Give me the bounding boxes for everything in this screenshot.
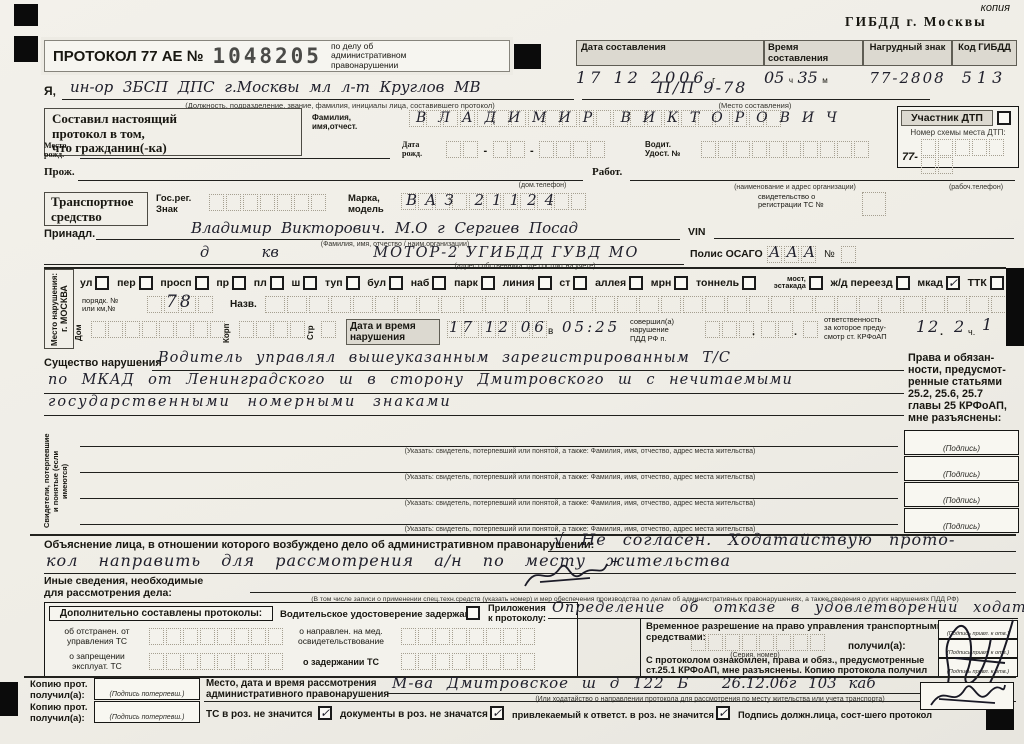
ban-label: о запрещенииэксплуат. ТС xyxy=(50,652,144,671)
essence-value1: Водитель управлял вышеуказанным зарегист… xyxy=(158,350,731,366)
officer-value: ин-ор 3БСП ДПС г.Москвы мл л-т Круглов М… xyxy=(70,78,481,96)
compose-code-label: Код ГИБДД xyxy=(952,40,1017,66)
street-type-checkbox xyxy=(674,276,688,290)
detain-label: о задержании ТС xyxy=(286,657,396,667)
check-ts-label: ТС в роз. не значится xyxy=(206,709,312,720)
street-type-item: мкад✓ xyxy=(917,276,960,290)
signature-box: (Подпись) xyxy=(904,430,1019,455)
copy-signature-box: (Подпись потерпевш.) xyxy=(94,701,200,723)
license-cells xyxy=(700,141,870,159)
officer-prefix: Я, xyxy=(44,84,56,98)
pdd-cells xyxy=(802,321,819,339)
cert-label: свидетельство орегистрации ТС № xyxy=(758,193,858,210)
dotted-cell xyxy=(529,296,549,313)
protocol-case-label: по делу об административном правонарушен… xyxy=(331,42,439,71)
dotted-cell xyxy=(493,141,508,158)
part-value: 1 xyxy=(982,315,992,334)
residence-label: Прож. xyxy=(44,166,75,178)
check-docs-checkbox: ✓ xyxy=(490,706,504,720)
dtp-title: Участник ДТП xyxy=(901,110,993,126)
dotted-cell xyxy=(815,296,835,313)
signature-caption: (Подпись потерпевш.) xyxy=(95,691,199,698)
review-value: М-ва Дмитровское ш д 122 Б xyxy=(392,674,689,692)
dotted-cell xyxy=(91,321,106,338)
dotted-cell xyxy=(761,321,776,338)
dotted-cell xyxy=(452,653,467,670)
street-type-label: мрн xyxy=(651,277,672,289)
street-type-item: пл xyxy=(254,276,284,290)
part-label: ч. xyxy=(968,327,975,337)
street-type-label: тоннель xyxy=(696,277,739,289)
corp-cells xyxy=(238,321,306,339)
street-type-checkbox xyxy=(95,276,109,290)
registration-bar xyxy=(1006,268,1024,346)
dotted-cell xyxy=(617,296,637,313)
house-label: Дом xyxy=(74,321,83,345)
med-label: о направлен. на мед.освидетельствование xyxy=(286,627,396,646)
street-type-item: ул xyxy=(80,276,109,290)
essence-line1: Водитель управлял вышеуказанным зарегист… xyxy=(152,349,904,371)
review-place-label: Место, дата и время рассмотренияадминист… xyxy=(206,679,389,701)
str-cells xyxy=(320,321,337,339)
compose-code-field: 513 xyxy=(952,68,1017,88)
dotted-cell xyxy=(921,139,936,156)
street-num-label: порядк. №или км,№ xyxy=(82,297,118,314)
witness-line xyxy=(80,510,898,525)
dotted-cell xyxy=(503,628,518,645)
copy-received-label: Копию прот.получил(а): xyxy=(30,703,88,724)
street-type-checkbox xyxy=(195,276,209,290)
street-type-item: тоннель xyxy=(696,276,756,290)
dotted-cell xyxy=(725,634,740,651)
dotted-cell xyxy=(903,296,923,313)
registration-mark xyxy=(514,44,541,69)
fio-value: ВЛАДИМИР ВИКТОРОВИЧ xyxy=(416,110,849,126)
witness-line xyxy=(80,484,898,499)
dotted-cell xyxy=(701,141,716,158)
dotted-cell xyxy=(573,141,588,158)
dotted-cell xyxy=(881,296,901,313)
dotted-cell xyxy=(198,296,213,313)
witness-caption: (Указать: свидетель, потерпевший или пон… xyxy=(260,474,900,481)
street-type-label: мкад xyxy=(917,277,943,289)
dotted-cell xyxy=(691,634,706,651)
street-type-item: пр xyxy=(216,276,246,290)
street-type-item: бул xyxy=(367,276,403,290)
birth-date-cells xyxy=(492,141,526,158)
street-type-label: ш xyxy=(292,277,301,289)
text-line: рожд. xyxy=(402,150,422,159)
final-signature-label: Подпись должн.лица, сост-шего протокол xyxy=(738,710,932,720)
dotted-cell xyxy=(183,653,198,670)
dotted-cell xyxy=(837,141,852,158)
street-type-item: мрн xyxy=(651,276,689,290)
osago-no-cells xyxy=(840,246,857,264)
dotted-cell xyxy=(595,296,615,313)
additional-title: Дополнительно составлены протоколы: xyxy=(49,606,273,621)
dotted-cell xyxy=(820,141,835,158)
essence-value3: государственными номерными знаками xyxy=(48,394,452,410)
dotted-cell xyxy=(841,246,856,263)
signature-box: (Подпись) xyxy=(904,456,1019,481)
street-num-value: 78 xyxy=(166,292,194,312)
birth-date-dash: - xyxy=(483,145,487,157)
street-type-item: просп xyxy=(160,276,208,290)
registration-mark xyxy=(0,682,18,716)
text-line: протокол в том, xyxy=(52,127,294,142)
dotted-cell xyxy=(294,194,309,211)
street-type-checkbox xyxy=(481,276,495,290)
dotted-cell xyxy=(972,139,987,156)
birth-date-dash: - xyxy=(530,145,534,157)
place-caption: (Место составления) xyxy=(640,101,870,110)
street-type-item: аллея xyxy=(595,276,643,290)
model-label: Марка,модель xyxy=(348,194,384,215)
dotted-cell xyxy=(469,628,484,645)
birth-place-label: Месторожд. xyxy=(44,142,66,160)
vin-label: VIN xyxy=(688,226,706,238)
dotted-cell xyxy=(803,141,818,158)
license-seized-label: Водительское удостоверение задержано xyxy=(280,609,476,620)
other-info-label: Иные сведения, необходимыедля рассмотрен… xyxy=(44,576,203,600)
street-type-item: линия xyxy=(503,276,552,290)
dotted-cell xyxy=(837,296,857,313)
dotted-cell xyxy=(463,141,478,158)
text-line: для рассмотрения дела: xyxy=(44,588,203,600)
divider xyxy=(204,701,1016,702)
street-type-item: ж/д переезд xyxy=(831,276,910,290)
removal-cells xyxy=(148,628,284,646)
dotted-cell xyxy=(810,634,825,651)
text-line: ПДД РФ п. xyxy=(630,335,702,343)
license-seized-checkbox xyxy=(466,606,480,620)
text-line: Приложения xyxy=(488,603,546,613)
dotted-cell xyxy=(486,653,501,670)
text-line: главы 25 КРФоАП, xyxy=(908,400,1016,412)
compose-date-label: Дата составления xyxy=(576,40,764,66)
dotted-cell xyxy=(217,653,232,670)
street-type-checkbox xyxy=(139,276,153,290)
review-line: М-ва Дмитровское ш д 122 Б 26.12.06г 103… xyxy=(388,674,942,694)
article-value: 12 xyxy=(916,317,940,336)
dotted-cell xyxy=(441,296,461,313)
final-signature-box xyxy=(920,682,1014,710)
dotted-cell xyxy=(243,194,258,211)
street-type-label: ТТК xyxy=(968,277,987,289)
dotted-cell xyxy=(771,296,791,313)
registration-mark xyxy=(14,36,38,62)
street-type-item: ст xyxy=(559,276,587,290)
copy-received-label: Копию прот.получил(а): xyxy=(30,680,88,701)
work-caption: (наименование и адрес организации) xyxy=(690,184,900,191)
osago-no: № xyxy=(824,249,835,260)
text-line: Дата и время xyxy=(350,321,436,332)
dotted-cell xyxy=(268,628,283,645)
dotted-cell xyxy=(268,653,283,670)
scanned-protocol-form: копия ГИБДД г. Москвы ПРОТОКОЛ 77 АЕ № 1… xyxy=(0,0,1024,744)
dotted-cell xyxy=(683,296,703,313)
witnesses-side-line2: и понятые (если имеются) xyxy=(51,432,69,530)
dotted-cell xyxy=(353,296,373,313)
dotted-cell xyxy=(947,296,967,313)
detain-cells xyxy=(400,653,536,671)
street-type-row: улперпросппрплштупбулнабпарклиниясталлея… xyxy=(80,271,1004,295)
registration-mark xyxy=(14,4,38,26)
dotted-cell xyxy=(321,321,336,338)
street-type-checkbox xyxy=(346,276,360,290)
dotted-cell xyxy=(166,653,181,670)
osago-value: ААА xyxy=(769,243,821,261)
dotted-cell xyxy=(510,141,525,158)
dotted-cell xyxy=(446,141,461,158)
text-line: смотр ст. КРФоАП xyxy=(824,333,916,341)
street-type-label: ст xyxy=(559,277,570,289)
dotted-cell xyxy=(989,139,1004,156)
text-line: или км,№ xyxy=(82,305,118,313)
dotted-cell xyxy=(742,634,757,651)
dotted-cell xyxy=(803,321,818,338)
text-line: Транспортное xyxy=(51,195,141,210)
residence-phone-caption: (дом.телефон) xyxy=(500,182,585,189)
dotted-cell xyxy=(256,321,271,338)
dotted-cell xyxy=(183,628,198,645)
dotted-cell xyxy=(125,321,140,338)
check-person-label: привлекаемый к ответст. в роз. не значит… xyxy=(512,710,714,720)
witness-line xyxy=(80,458,898,473)
dotted-cell xyxy=(969,296,989,313)
signature-caption: (Подпись) xyxy=(905,470,1018,479)
text-line: получил(а): xyxy=(30,714,88,725)
dotted-cell xyxy=(401,628,416,645)
addr-house: д xyxy=(200,245,209,261)
street-type-label: бул xyxy=(367,277,386,289)
dotted-cell xyxy=(217,628,232,645)
street-type-item: наб xyxy=(411,276,447,290)
explanation-line1: √ Не согласен. Ходатайствую прото- xyxy=(548,530,1016,552)
dotted-cell xyxy=(793,296,813,313)
street-type-checkbox xyxy=(389,276,403,290)
permit-serial-cells xyxy=(690,634,826,652)
signature-scribble xyxy=(925,677,1009,713)
violation-date-value: 17 12 06 xyxy=(449,318,548,336)
text-line: эксплуат. ТС xyxy=(50,662,144,672)
street-type-item: мост, эстакада xyxy=(764,276,823,290)
dotted-cell xyxy=(331,296,351,313)
addr-kv: кв xyxy=(262,245,279,261)
dotted-cell xyxy=(708,634,723,651)
committed-label: совершил(а)нарушениеПДД РФ п. xyxy=(630,318,702,343)
attachments-label: Приложенияк протоколу: xyxy=(488,603,546,624)
dotted-cell xyxy=(727,296,747,313)
dotted-cell xyxy=(786,141,801,158)
street-type-checkbox xyxy=(742,276,756,290)
dotted-cell xyxy=(142,321,157,338)
dotted-cell xyxy=(260,194,275,211)
fio-label: Фамилия,имя,отчест. xyxy=(312,114,357,132)
house-cells xyxy=(90,321,226,339)
owner-value: Владимир Викторович. М.О г Сергиев Посад xyxy=(191,219,578,237)
dotted-cell xyxy=(705,296,725,313)
dotted-cell xyxy=(778,321,793,338)
dotted-cell xyxy=(639,296,659,313)
addr-value: МОТОР-2 УГИБДД ГУВД МО xyxy=(373,245,639,261)
dotted-cell xyxy=(571,193,586,210)
compose-badge-label: Нагрудный знак xyxy=(863,40,952,66)
text-line: ности, предусмот- xyxy=(908,364,1016,376)
officer-line: ин-ор 3БСП ДПС г.Москвы мл л-т Круглов М… xyxy=(62,78,574,100)
dotted-cell xyxy=(463,296,483,313)
dotted-cell xyxy=(435,653,450,670)
text-line: к протоколу: xyxy=(488,613,546,623)
violation-datetime-label: Дата и времянарушения xyxy=(346,319,440,345)
street-name-label: Назв. xyxy=(230,299,257,310)
birth-date-field: - - xyxy=(445,141,606,159)
dotted-cell xyxy=(752,141,767,158)
compose-code-value: 513 xyxy=(962,68,1008,87)
street-type-label: ж/д переезд xyxy=(831,277,893,289)
dotted-cell xyxy=(556,141,571,158)
dotted-cell xyxy=(251,653,266,670)
check-person-checkbox: ✓ xyxy=(716,706,730,720)
violation-place-side-line2: г. МОСКВА xyxy=(59,270,69,348)
dotted-cell xyxy=(776,634,791,651)
street-type-checkbox xyxy=(629,276,643,290)
ban-cells xyxy=(148,653,284,671)
license-label: Водит.Удост. № xyxy=(645,141,680,159)
copy-signature-box: (Подпись потерпевш.) xyxy=(94,678,200,700)
dotted-cell xyxy=(769,141,784,158)
owner-address-line: д кв МОТОР-2 УГИБДД ГУВД МО xyxy=(44,244,684,265)
dotted-cell xyxy=(705,321,720,338)
org-label: ГИБДД г. Москвы xyxy=(845,14,987,30)
birth-place-line xyxy=(80,142,390,159)
check-ts-checkbox: ✓ xyxy=(318,706,332,720)
street-type-checkbox xyxy=(896,276,910,290)
dotted-cell xyxy=(287,296,307,313)
acknowledge-text: С протоколом ознакомлен, права и обяз., … xyxy=(646,655,941,676)
text-line: регистрации ТС № xyxy=(758,201,858,209)
place-value: П/П 9-78 xyxy=(657,78,747,97)
birth-date-cells xyxy=(445,141,479,158)
text-line: С протоколом ознакомлен, права и обяз., … xyxy=(646,655,941,665)
essence-label: Существо нарушения xyxy=(44,357,162,369)
text-line: Составил настоящий xyxy=(52,112,294,127)
signature-box: (Подпись) xyxy=(904,482,1019,507)
signature-caption: (Подпись) xyxy=(905,444,1018,453)
divider xyxy=(44,267,1006,269)
violation-in-label: в xyxy=(548,326,553,337)
vin-line xyxy=(714,224,1014,239)
dotted-cell xyxy=(520,628,535,645)
essence-line2: по МКАД от Ленинградского ш в сторону Дм… xyxy=(44,371,904,394)
dotted-cell xyxy=(539,141,554,158)
signature-caption: (Подпись потерпевш.) xyxy=(95,714,199,721)
street-type-label: парк xyxy=(454,277,478,289)
street-type-label: туп xyxy=(325,277,343,289)
dtp-scheme-prefix: 77- xyxy=(902,151,918,163)
street-type-label: линия xyxy=(503,277,535,289)
cert-cell xyxy=(862,192,886,216)
street-type-checkbox xyxy=(538,276,552,290)
dotted-cell xyxy=(108,321,123,338)
text-line: нарушения xyxy=(350,332,436,343)
text-line: рожд. xyxy=(44,151,66,160)
street-type-checkbox: ✓ xyxy=(946,276,960,290)
dotted-cell xyxy=(520,653,535,670)
street-type-checkbox xyxy=(990,276,1004,290)
compose-time-label: Время составления xyxy=(764,40,863,66)
dtp-box: Участник ДТП Номер схемы места ДТП: 77- xyxy=(897,106,1019,168)
dotted-cell xyxy=(200,653,215,670)
dotted-cell xyxy=(234,653,249,670)
street-type-label: пер xyxy=(117,277,136,289)
street-type-checkbox xyxy=(303,276,317,290)
text-line: ренные статьями xyxy=(908,376,1016,388)
dotted-cell xyxy=(938,139,953,156)
article-part-value: 2 xyxy=(954,317,964,336)
work-label: Работ. xyxy=(592,166,622,178)
dotted-cell xyxy=(722,321,737,338)
text-line: управления ТС xyxy=(50,637,144,647)
dotted-cell xyxy=(149,653,164,670)
street-type-item: туп xyxy=(325,276,360,290)
dotted-cell xyxy=(503,653,518,670)
violation-place-sidebar: Место нарушения: г. МОСКВА xyxy=(44,269,74,349)
owner-line: Владимир Викторович. М.О г Сергиев Посад xyxy=(96,219,680,240)
violation-time-value: 05:25 xyxy=(562,318,620,336)
dtp-checkbox xyxy=(997,111,1011,125)
str-label: Стр xyxy=(306,321,315,345)
signature-scribble xyxy=(520,556,610,592)
dotted-cell xyxy=(452,628,467,645)
protocol-title: ПРОТОКОЛ 77 АЕ № xyxy=(53,48,203,65)
place-line: П/П 9-78 xyxy=(582,78,930,100)
essence-line3: государственными номерными знаками xyxy=(44,393,904,416)
dotted-cell xyxy=(955,139,970,156)
dotted-cell xyxy=(265,296,285,313)
text-line: административного правонарушения xyxy=(206,690,389,701)
dotted-cell xyxy=(418,628,433,645)
dotted-cell xyxy=(200,628,215,645)
dotted-cell xyxy=(290,321,305,338)
work-phone-caption: (рабоч.телефон) xyxy=(935,184,1017,191)
witness-caption: (Указать: свидетель, потерпевший или пон… xyxy=(260,500,900,507)
copy-label: копия xyxy=(981,2,1010,14)
text-line: мне разъяснены: xyxy=(908,412,1016,424)
dotted-cell xyxy=(759,634,774,651)
dotted-cell xyxy=(859,296,879,313)
dotted-cell xyxy=(397,296,417,313)
dotted-cell xyxy=(209,194,224,211)
dotted-cell xyxy=(251,628,266,645)
witness-line xyxy=(80,432,898,447)
text-line: получил(а): xyxy=(30,691,88,702)
street-name-cells xyxy=(264,296,1006,314)
dotted-cell xyxy=(401,653,416,670)
corp-label: Корп xyxy=(222,321,231,345)
explanation-value2: кол направить для рассмотрения а/н по ме… xyxy=(46,551,731,570)
witnesses-side-line1: Свидетели, потерпевшие xyxy=(42,432,51,530)
dotted-cell xyxy=(435,628,450,645)
text-line: Права и обязан- xyxy=(908,352,1016,364)
osago-label: Полис ОСАГО xyxy=(690,248,763,260)
street-type-checkbox xyxy=(573,276,587,290)
plate-label: Гос.рег.Знак xyxy=(156,194,191,215)
model-value: ВАЗ 21124 xyxy=(406,191,562,209)
text-line: Иные сведения, необходимые xyxy=(44,576,203,588)
med-cells xyxy=(400,628,536,646)
dotted-cell xyxy=(309,296,329,313)
